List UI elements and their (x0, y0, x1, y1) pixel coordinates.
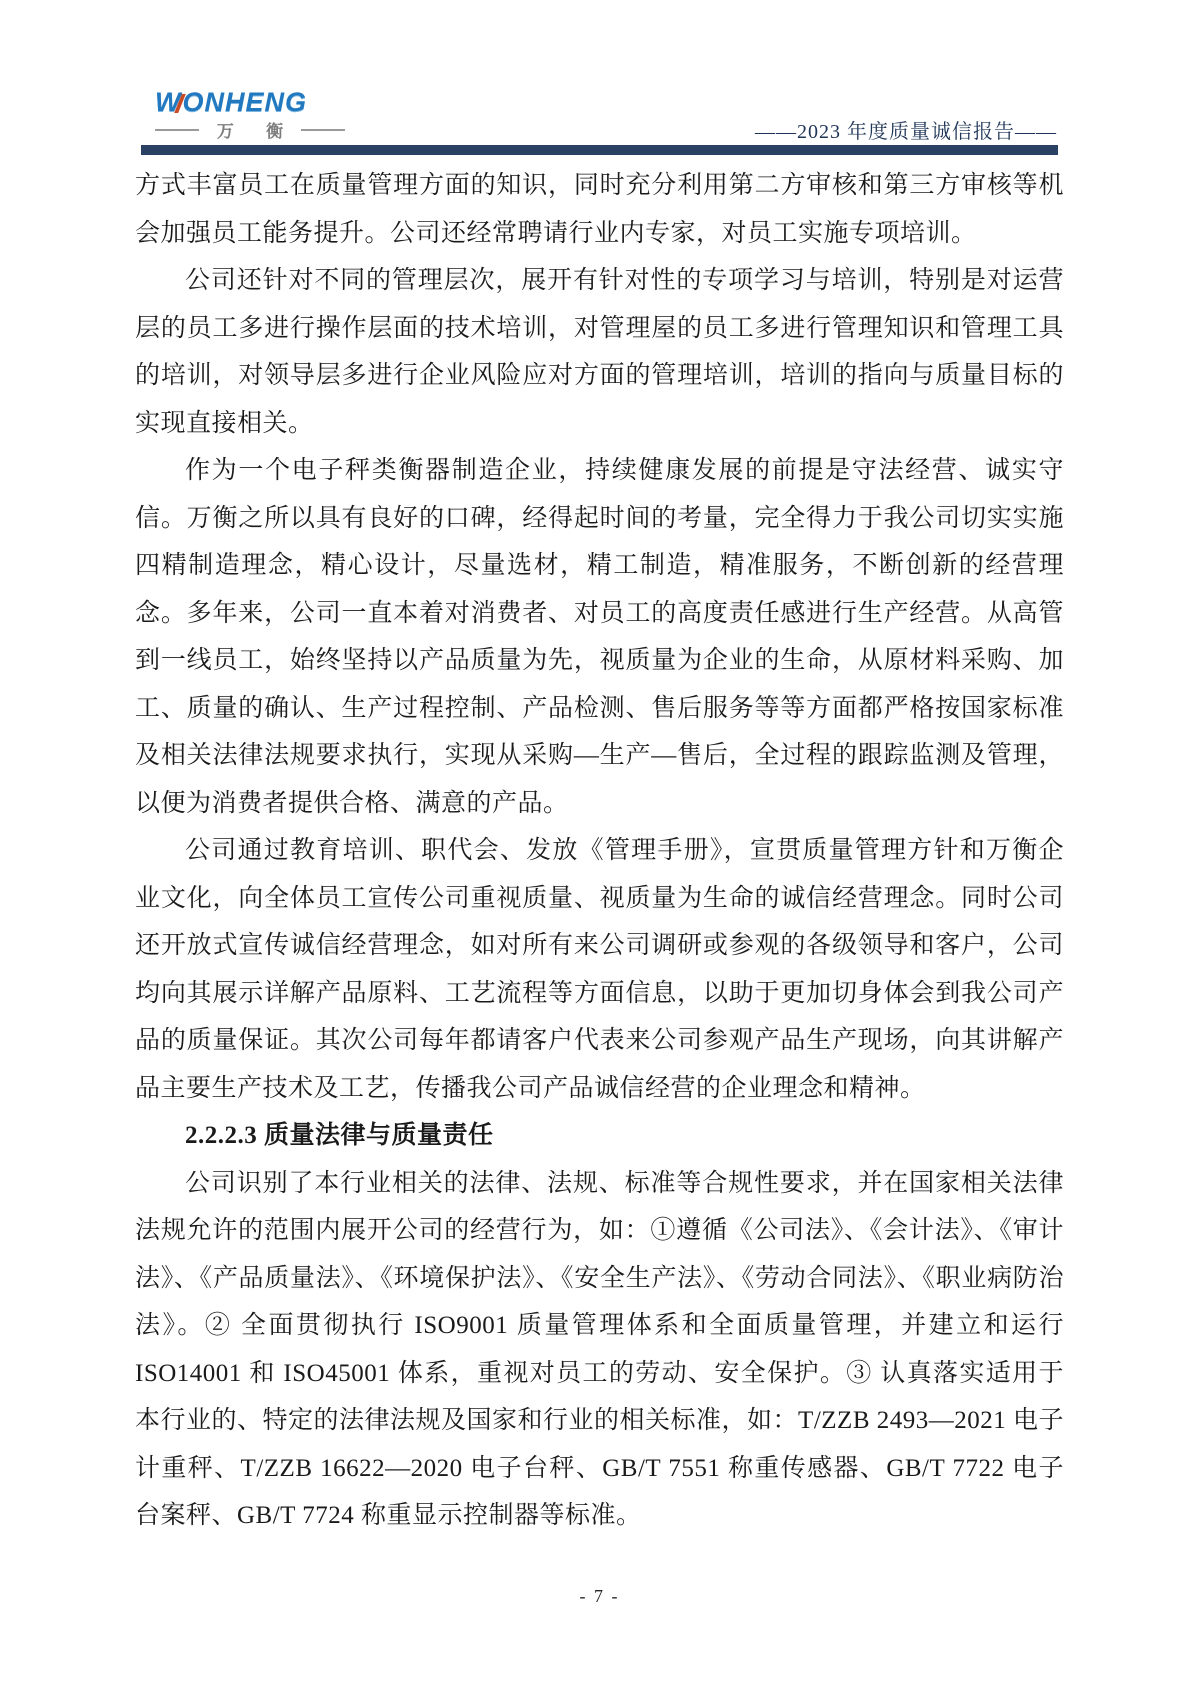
document-page: WONHENG 万 衡 ——2023 年度质量诚信报告—— 方式丰富员工在质量管… (0, 0, 1199, 1708)
logo-wordmark: WONHENG (155, 90, 355, 114)
section-heading: 2.2.2.3 质量法律与质量责任 (135, 1112, 1064, 1160)
header-divider-bar (141, 145, 1058, 155)
paragraph: 作为一个电子秤类衡器制造企业，持续健康发展的前提是守法经营、诚实守信。万衡之所以… (135, 447, 1064, 827)
page-footer: - 7 - (0, 1586, 1199, 1607)
logo-rule-left (155, 129, 199, 131)
company-logo: WONHENG 万 衡 (155, 90, 355, 142)
logo-rule-right (301, 129, 345, 131)
paragraph: 公司通过教育培训、职代会、发放《管理手册》，宣贯质量管理方针和万衡企业文化，向全… (135, 827, 1064, 1112)
page-header: WONHENG 万 衡 ——2023 年度质量诚信报告—— (0, 0, 1199, 160)
logo-letters-rest: ONHENG (182, 87, 307, 117)
page-number: - 7 - (580, 1586, 620, 1606)
report-title: ——2023 年度质量诚信报告—— (755, 115, 1057, 144)
paragraph: 方式丰富员工在质量管理方面的知识，同时充分利用第二方审核和第三方审核等机会加强员… (135, 162, 1064, 257)
logo-subtitle: 万 衡 (155, 117, 345, 142)
logo-chinese-name: 万 衡 (199, 117, 301, 142)
paragraph: 公司识别了本行业相关的法律、法规、标准等合规性要求，并在国家相关法律法规允许的范… (135, 1160, 1064, 1540)
document-body: 方式丰富员工在质量管理方面的知识，同时充分利用第二方审核和第三方审核等机会加强员… (135, 162, 1064, 1540)
paragraph: 公司还针对不同的管理层次，展开有针对性的专项学习与培训，特别是对运营层的员工多进… (135, 257, 1064, 447)
